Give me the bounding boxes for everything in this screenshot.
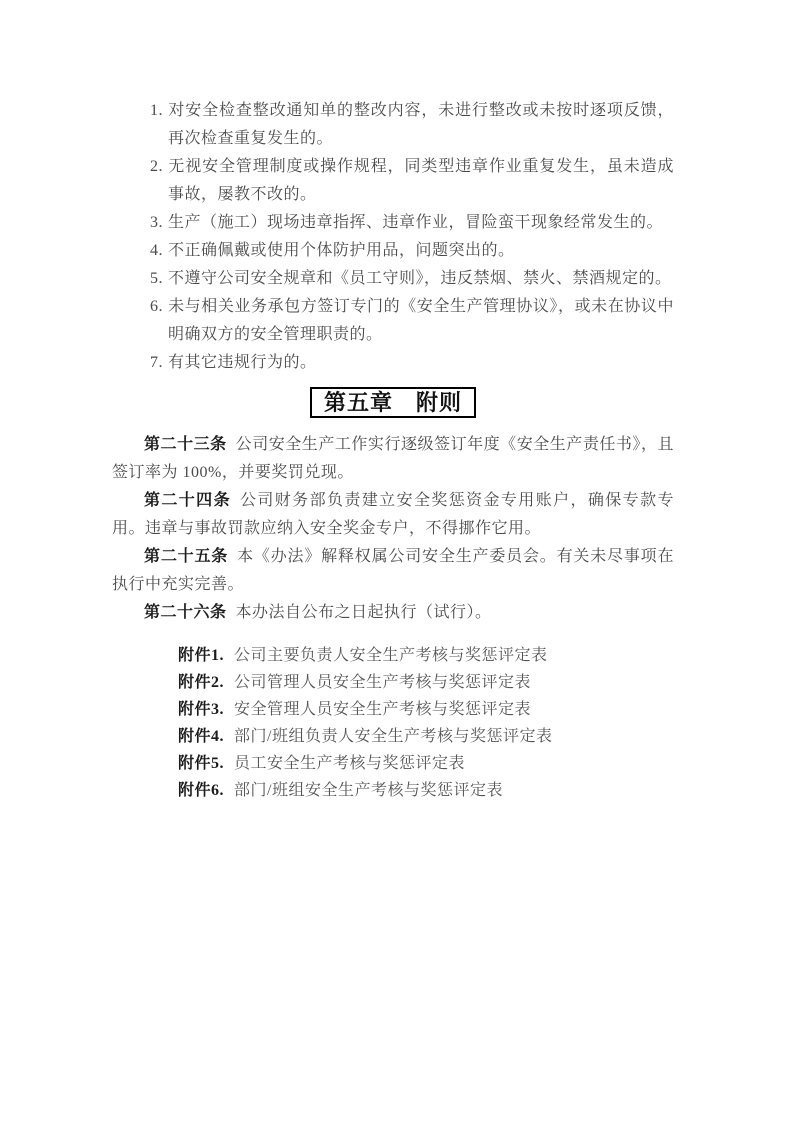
attachment-item: 附件4.部门/班组负责人安全生产考核与奖惩评定表	[112, 723, 674, 750]
attachment-text: 员工安全生产考核与奖惩评定表	[234, 755, 465, 772]
item-text: 生产（施工）现场违章指挥、违章作业，冒险蛮干现象经常发生的。	[168, 214, 663, 231]
list-item: 3.生产（施工）现场违章指挥、违章作业，冒险蛮干现象经常发生的。	[112, 209, 674, 237]
item-number: 2.	[150, 158, 163, 175]
list-item: 6.未与相关业务承包方签订专门的《安全生产管理协议》，或未在协议中明确双方的安全…	[112, 293, 674, 349]
item-text: 不正确佩戴或使用个体防护用品，问题突出的。	[168, 242, 515, 259]
attachment-item: 附件3.安全管理人员安全生产考核与奖惩评定表	[112, 696, 674, 723]
attachment-label: 附件3.	[178, 701, 224, 718]
item-number: 5.	[150, 270, 163, 287]
article-label: 第二十三条	[144, 436, 227, 453]
item-number: 4.	[150, 242, 163, 259]
articles-section: 第二十三条公司安全生产工作实行逐级签订年度《安全生产责任书》，且签订率为 100…	[112, 431, 674, 627]
article-paragraph: 第二十五条本《办法》解释权属公司安全生产委员会。有关未尽事项在执行中充实完善。	[112, 543, 674, 599]
attachment-text: 公司管理人员安全生产考核与奖惩评定表	[234, 674, 531, 691]
attachment-item: 附件5.员工安全生产考核与奖惩评定表	[112, 750, 674, 777]
article-paragraph: 第二十四条公司财务部负责建立安全奖惩资金专用账户，确保专款专用。违章与事故罚款应…	[112, 487, 674, 543]
article-label: 第二十六条	[144, 604, 227, 621]
attachment-text: 安全管理人员安全生产考核与奖惩评定表	[234, 701, 531, 718]
chapter-heading: 第五章 附则	[310, 387, 476, 418]
attachment-text: 部门/班组安全生产考核与奖惩评定表	[234, 782, 503, 799]
item-text: 有其它违规行为的。	[168, 354, 317, 371]
article-paragraph: 第二十六条本办法自公布之日起执行（试行）。	[112, 599, 674, 627]
document-page: 1.对安全检查整改通知单的整改内容，未进行整改或未按时逐项反馈，再次检查重复发生…	[0, 0, 793, 1122]
attachment-list: 附件1.公司主要负责人安全生产考核与奖惩评定表 附件2.公司管理人员安全生产考核…	[112, 642, 674, 804]
list-item: 5.不遵守公司安全规章和《员工守则》，违反禁烟、禁火、禁酒规定的。	[112, 265, 674, 293]
item-text: 对安全检查整改通知单的整改内容，未进行整改或未按时逐项反馈，再次检查重复发生的。	[168, 102, 674, 147]
attachment-text: 部门/班组负责人安全生产考核与奖惩评定表	[234, 728, 552, 745]
chapter-heading-wrap: 第五章 附则	[112, 387, 674, 420]
attachment-label: 附件2.	[178, 674, 224, 691]
list-item: 1.对安全检查整改通知单的整改内容，未进行整改或未按时逐项反馈，再次检查重复发生…	[112, 97, 674, 153]
article-label: 第二十五条	[144, 548, 228, 565]
attachment-item: 附件2.公司管理人员安全生产考核与奖惩评定表	[112, 669, 674, 696]
item-number: 3.	[150, 214, 163, 231]
article-label: 第二十四条	[144, 492, 231, 509]
attachment-item: 附件1.公司主要负责人安全生产考核与奖惩评定表	[112, 642, 674, 669]
item-number: 6.	[150, 298, 163, 315]
item-text: 未与相关业务承包方签订专门的《安全生产管理协议》，或未在协议中明确双方的安全管理…	[168, 298, 674, 343]
attachment-label: 附件4.	[178, 728, 224, 745]
article-paragraph: 第二十三条公司安全生产工作实行逐级签订年度《安全生产责任书》，且签订率为 100…	[112, 431, 674, 487]
attachment-label: 附件6.	[178, 782, 224, 799]
article-text: 本办法自公布之日起执行（试行）。	[236, 604, 492, 621]
item-number: 7.	[150, 354, 163, 371]
attachment-label: 附件1.	[178, 647, 224, 664]
list-item: 4.不正确佩戴或使用个体防护用品，问题突出的。	[112, 237, 674, 265]
document-content: 1.对安全检查整改通知单的整改内容，未进行整改或未按时逐项反馈，再次检查重复发生…	[112, 97, 674, 804]
item-text: 不遵守公司安全规章和《员工守则》，违反禁烟、禁火、禁酒规定的。	[168, 270, 672, 287]
item-text: 无视安全管理制度或操作规程，同类型违章作业重复发生，虽未造成事故，屡教不改的。	[168, 158, 674, 203]
list-item: 7.有其它违规行为的。	[112, 349, 674, 377]
violation-list: 1.对安全检查整改通知单的整改内容，未进行整改或未按时逐项反馈，再次检查重复发生…	[112, 97, 674, 377]
list-item: 2.无视安全管理制度或操作规程，同类型违章作业重复发生，虽未造成事故，屡教不改的…	[112, 153, 674, 209]
item-number: 1.	[150, 102, 163, 119]
attachment-text: 公司主要负责人安全生产考核与奖惩评定表	[234, 647, 548, 664]
attachment-label: 附件5.	[178, 755, 224, 772]
attachment-item: 附件6.部门/班组安全生产考核与奖惩评定表	[112, 777, 674, 804]
